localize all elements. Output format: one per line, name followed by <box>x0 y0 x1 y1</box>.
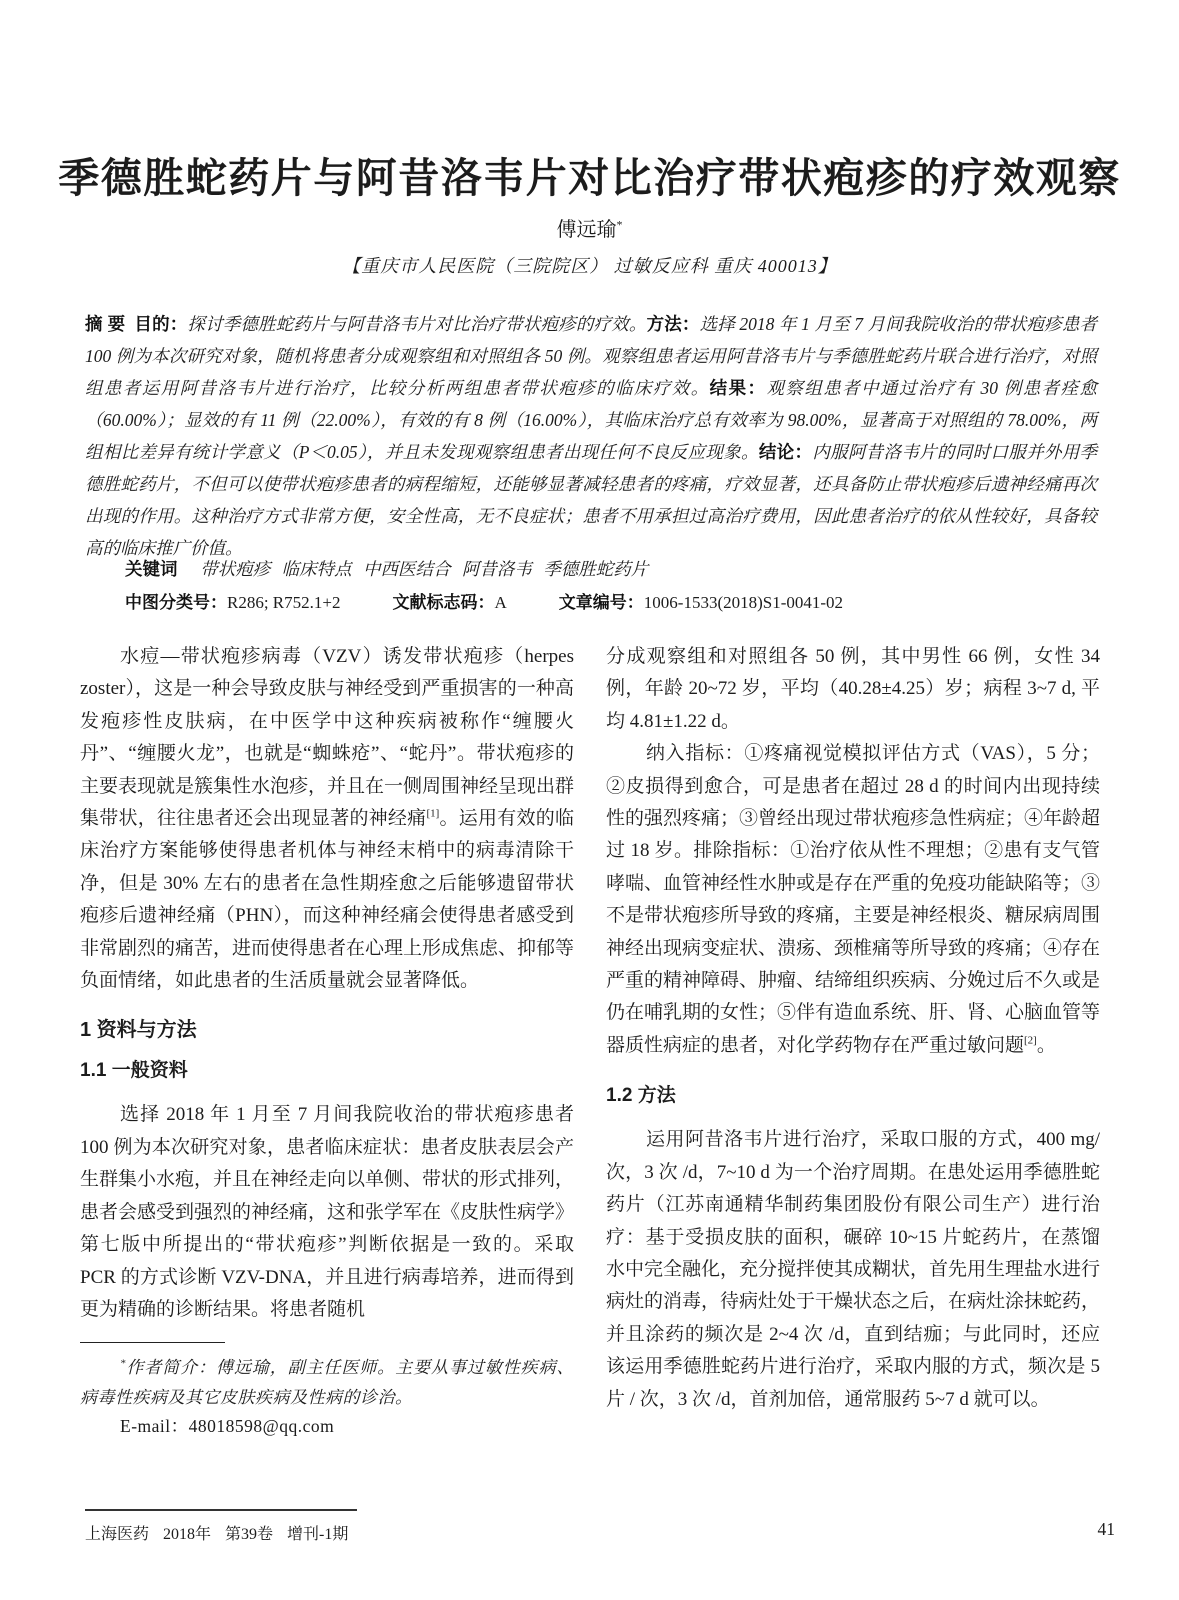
abstract-label: 摘 要 <box>85 314 125 334</box>
result-label: 结果： <box>710 378 767 398</box>
left-column: 水痘—带状疱疹病毒（VZV）诱发带状疱疹（herpes zoster），这是一种… <box>80 641 574 1442</box>
meta-line: 中图分类号：R286; R752.1+2文献标志码：A文章编号：1006-153… <box>85 588 1097 613</box>
author-name: 傅远瑜 <box>557 219 617 241</box>
intro-paragraph: 水痘—带状疱疹病毒（VZV）诱发带状疱疹（herpes zoster），这是一种… <box>80 641 574 997</box>
intro-part1: 水痘—带状疱疹病毒（VZV）诱发带状疱疹（herpes zoster），这是一种… <box>80 646 574 829</box>
conclusion-label: 结论： <box>759 442 812 462</box>
clc-value: R286; R752.1+2 <box>227 593 341 612</box>
grouping-paragraph: 分成观察组和对照组各 50 例，其中男性 66 例，女性 34 例，年龄 20~… <box>606 641 1100 738</box>
objective-label: 目的： <box>134 314 187 334</box>
method-label: 方法： <box>647 314 700 334</box>
article-id-value: 1006-1533(2018)S1-0041-02 <box>644 593 843 612</box>
general-data-paragraph: 选择 2018 年 1 月至 7 月间我院收治的带状疱疹患者 100 例为本次研… <box>80 1099 574 1326</box>
footer-rule <box>85 1509 357 1511</box>
method-paragraph: 运用阿昔洛韦片进行治疗，采取口服的方式，400 mg/ 次，3 次 /d，7~1… <box>606 1124 1100 1416</box>
keywords-label: 关键词 <box>125 559 178 579</box>
footer-page-number: 41 <box>1055 1519 1115 1540</box>
section-1-heading: 1 资料与方法 <box>80 1017 574 1043</box>
author-bio-footnote: *作者简介：傅远瑜，副主任医师。主要从事过敏性疾病、病毒性疾病及其它皮肤疾病及性… <box>80 1353 574 1412</box>
keywords-text: 带状疱疹 临床特点 中西医结合 阿昔洛韦 季德胜蛇药片 <box>200 559 648 579</box>
paper-page: { "page": { "title": "季德胜蛇药片与阿昔洛韦片对比治疗带状… <box>0 0 1179 1600</box>
author-email: E-mail：48018598@qq.com <box>80 1412 574 1442</box>
section-1-1-heading: 1.1 一般资料 <box>80 1059 574 1083</box>
clc-label: 中图分类号： <box>125 593 227 612</box>
abstract: 摘 要 目的：探讨季德胜蛇药片与阿昔洛韦片对比治疗带状疱疹的疗效。方法：选择 2… <box>85 308 1097 564</box>
footer-journal-info: 上海医药 2018年 第39卷 增刊-1期 <box>85 1521 348 1544</box>
right-column: 分成观察组和对照组各 50 例，其中男性 66 例，女性 34 例，年龄 20~… <box>606 641 1100 1416</box>
section-1-2-heading: 1.2 方法 <box>606 1084 1100 1108</box>
author-asterisk: * <box>617 217 623 231</box>
footnote-rule <box>80 1342 225 1343</box>
citation-1: [1] <box>426 808 439 820</box>
criteria-part2: 。 <box>1037 1035 1056 1056</box>
intro-part2: 。运用有效的临床治疗方案能够使得患者机体与神经末梢中的病毒清除干净，但是 30%… <box>80 808 574 991</box>
doc-code-label: 文献标志码： <box>393 593 495 612</box>
citation-2: [2] <box>1024 1035 1037 1047</box>
article-id-label: 文章编号： <box>559 593 644 612</box>
objective-text: 探讨季德胜蛇药片与阿昔洛韦片对比治疗带状疱疹的疗效。 <box>187 314 646 334</box>
article-title: 季德胜蛇药片与阿昔洛韦片对比治疗带状疱疹的疗效观察 <box>40 145 1139 204</box>
criteria-part1: 纳入指标：①疼痛视觉模拟评估方式（VAS），5 分；②皮损得到愈合，可是患者在超… <box>606 743 1100 1056</box>
affiliation: 【重庆市人民医院（三院院区） 过敏反应科 重庆 400013】 <box>0 252 1179 278</box>
keywords-line: 关键词 带状疱疹 临床特点 中西医结合 阿昔洛韦 季德胜蛇药片 <box>85 556 1097 581</box>
doc-code-value: A <box>495 593 507 612</box>
footnote-text: 作者简介：傅远瑜，副主任医师。主要从事过敏性疾病、病毒性疾病及其它皮肤疾病及性病… <box>80 1358 574 1407</box>
author-line: 傅远瑜* <box>0 213 1179 242</box>
criteria-paragraph: 纳入指标：①疼痛视觉模拟评估方式（VAS），5 分；②皮损得到愈合，可是患者在超… <box>606 738 1100 1062</box>
